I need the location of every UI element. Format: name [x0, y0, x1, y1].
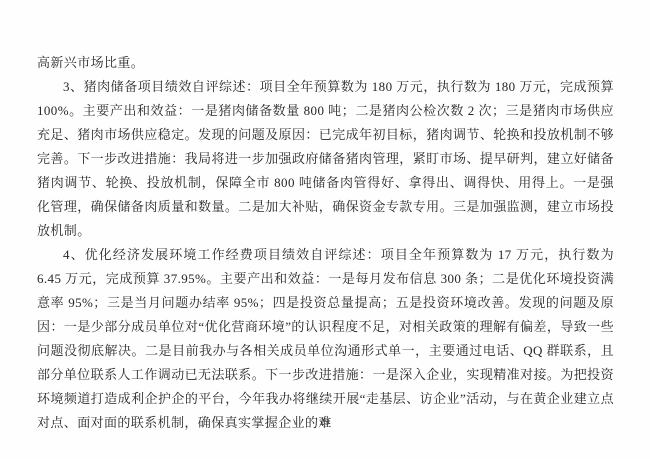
paragraph-item-3-pork-reserve: 3、猪肉储备项目绩效自评综述：项目全年预算数为 180 万元，执行数为 180 … [37, 75, 614, 243]
document-page: 高新兴市场比重。 3、猪肉储备项目绩效自评综述：项目全年预算数为 180 万元，… [0, 0, 650, 459]
paragraph-continuation: 高新兴市场比重。 [37, 51, 614, 75]
page-number: 29 [0, 417, 650, 427]
document-body: 高新兴市场比重。 3、猪肉储备项目绩效自评综述：项目全年预算数为 180 万元，… [37, 51, 614, 435]
paragraph-item-4-business-environment: 4、优化经济发展环境工作经费项目绩效自评综述：项目全年预算数为 17 万元，执行… [37, 243, 614, 435]
